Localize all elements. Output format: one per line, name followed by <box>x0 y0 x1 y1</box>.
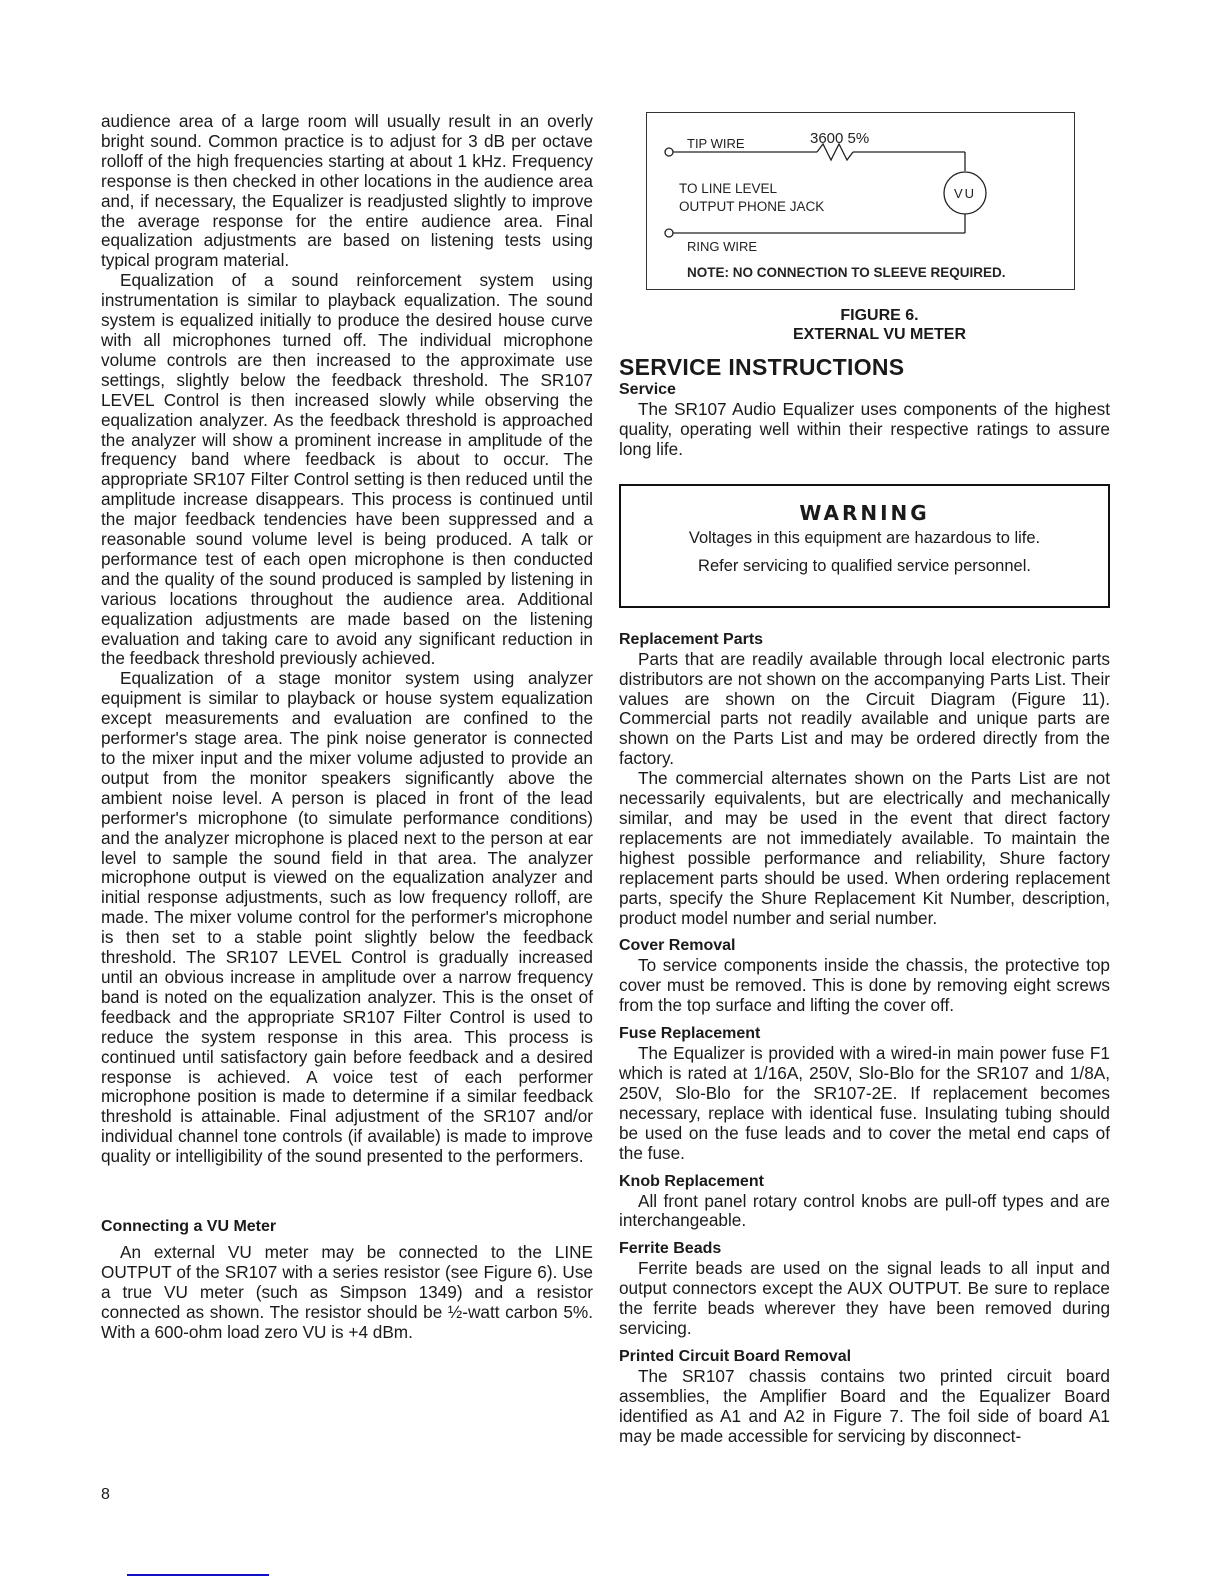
paragraph-cover-removal: To service components inside the chassis… <box>619 956 1110 1016</box>
figure-caption: FIGURE 6. EXTERNAL VU METER <box>649 306 1110 344</box>
resistor-label: 3600 5% <box>810 130 869 147</box>
heading-cover-removal: Cover Removal <box>619 936 1110 956</box>
heading-fuse-replacement: Fuse Replacement <box>619 1024 1110 1044</box>
section-title-service-instructions: SERVICE INSTRUCTIONS <box>619 354 1110 380</box>
sleeve-note: NOTE: NO CONNECTION TO SLEEVE REQUIRED. <box>687 265 1006 280</box>
figure-6-diagram: 3600 5% TIP WIRE TO LINE LEVEL OUTPUT PH… <box>646 112 1075 290</box>
heading-service: Service <box>619 380 1110 400</box>
heading-ferrite-beads: Ferrite Beads <box>619 1239 1110 1259</box>
vu-meter-label: VU <box>954 186 976 201</box>
paragraph-playback-eq: audience area of a large room will usual… <box>101 112 593 271</box>
paragraph-reinforcement-eq: Equalization of a sound reinforcement sy… <box>101 271 593 669</box>
tip-wire-label: TIP WIRE <box>687 136 745 151</box>
heading-knob-replacement: Knob Replacement <box>619 1172 1110 1192</box>
paragraph-replacement-parts-2: The commercial alternates shown on the P… <box>619 769 1110 928</box>
paragraph-vu-meter: An external VU meter may be connected to… <box>101 1243 593 1343</box>
paragraph-replacement-parts-1: Parts that are readily available through… <box>619 650 1110 769</box>
left-column: audience area of a large room will usual… <box>101 112 593 1343</box>
warning-line-2: Refer servicing to qualified service per… <box>621 552 1108 580</box>
paragraph-stage-monitor-eq: Equalization of a stage monitor system u… <box>101 669 593 1167</box>
warning-title: WARNING <box>621 504 1108 524</box>
paragraph-knob-replacement: All front panel rotary control knobs are… <box>619 1192 1110 1232</box>
paragraph-fuse-replacement: The Equalizer is provided with a wired-i… <box>619 1044 1110 1163</box>
footer-rule <box>127 1574 269 1576</box>
heading-connecting-vu-meter: Connecting a VU Meter <box>101 1217 593 1237</box>
paragraph-service: The SR107 Audio Equalizer uses component… <box>619 400 1110 460</box>
jack-label-line2: OUTPUT PHONE JACK <box>679 199 824 214</box>
paragraph-pcb-removal: The SR107 chassis contains two printed c… <box>619 1367 1110 1447</box>
paragraph-ferrite-beads: Ferrite beads are used on the signal lea… <box>619 1259 1110 1339</box>
warning-line-1: Voltages in this equipment are hazardous… <box>621 524 1108 552</box>
page-number: 8 <box>101 1486 110 1504</box>
right-column: 3600 5% TIP WIRE TO LINE LEVEL OUTPUT PH… <box>619 112 1110 1447</box>
warning-box: WARNING Voltages in this equipment are h… <box>619 484 1110 608</box>
heading-replacement-parts: Replacement Parts <box>619 630 1110 650</box>
vu-meter-circuit-diagram: 3600 5% TIP WIRE TO LINE LEVEL OUTPUT PH… <box>647 113 1074 289</box>
heading-pcb-removal: Printed Circuit Board Removal <box>619 1347 1110 1367</box>
ring-wire-label: RING WIRE <box>687 239 757 254</box>
figure-title: EXTERNAL VU METER <box>649 325 1110 344</box>
figure-number: FIGURE 6. <box>649 306 1110 325</box>
jack-label-line1: TO LINE LEVEL <box>679 181 778 196</box>
